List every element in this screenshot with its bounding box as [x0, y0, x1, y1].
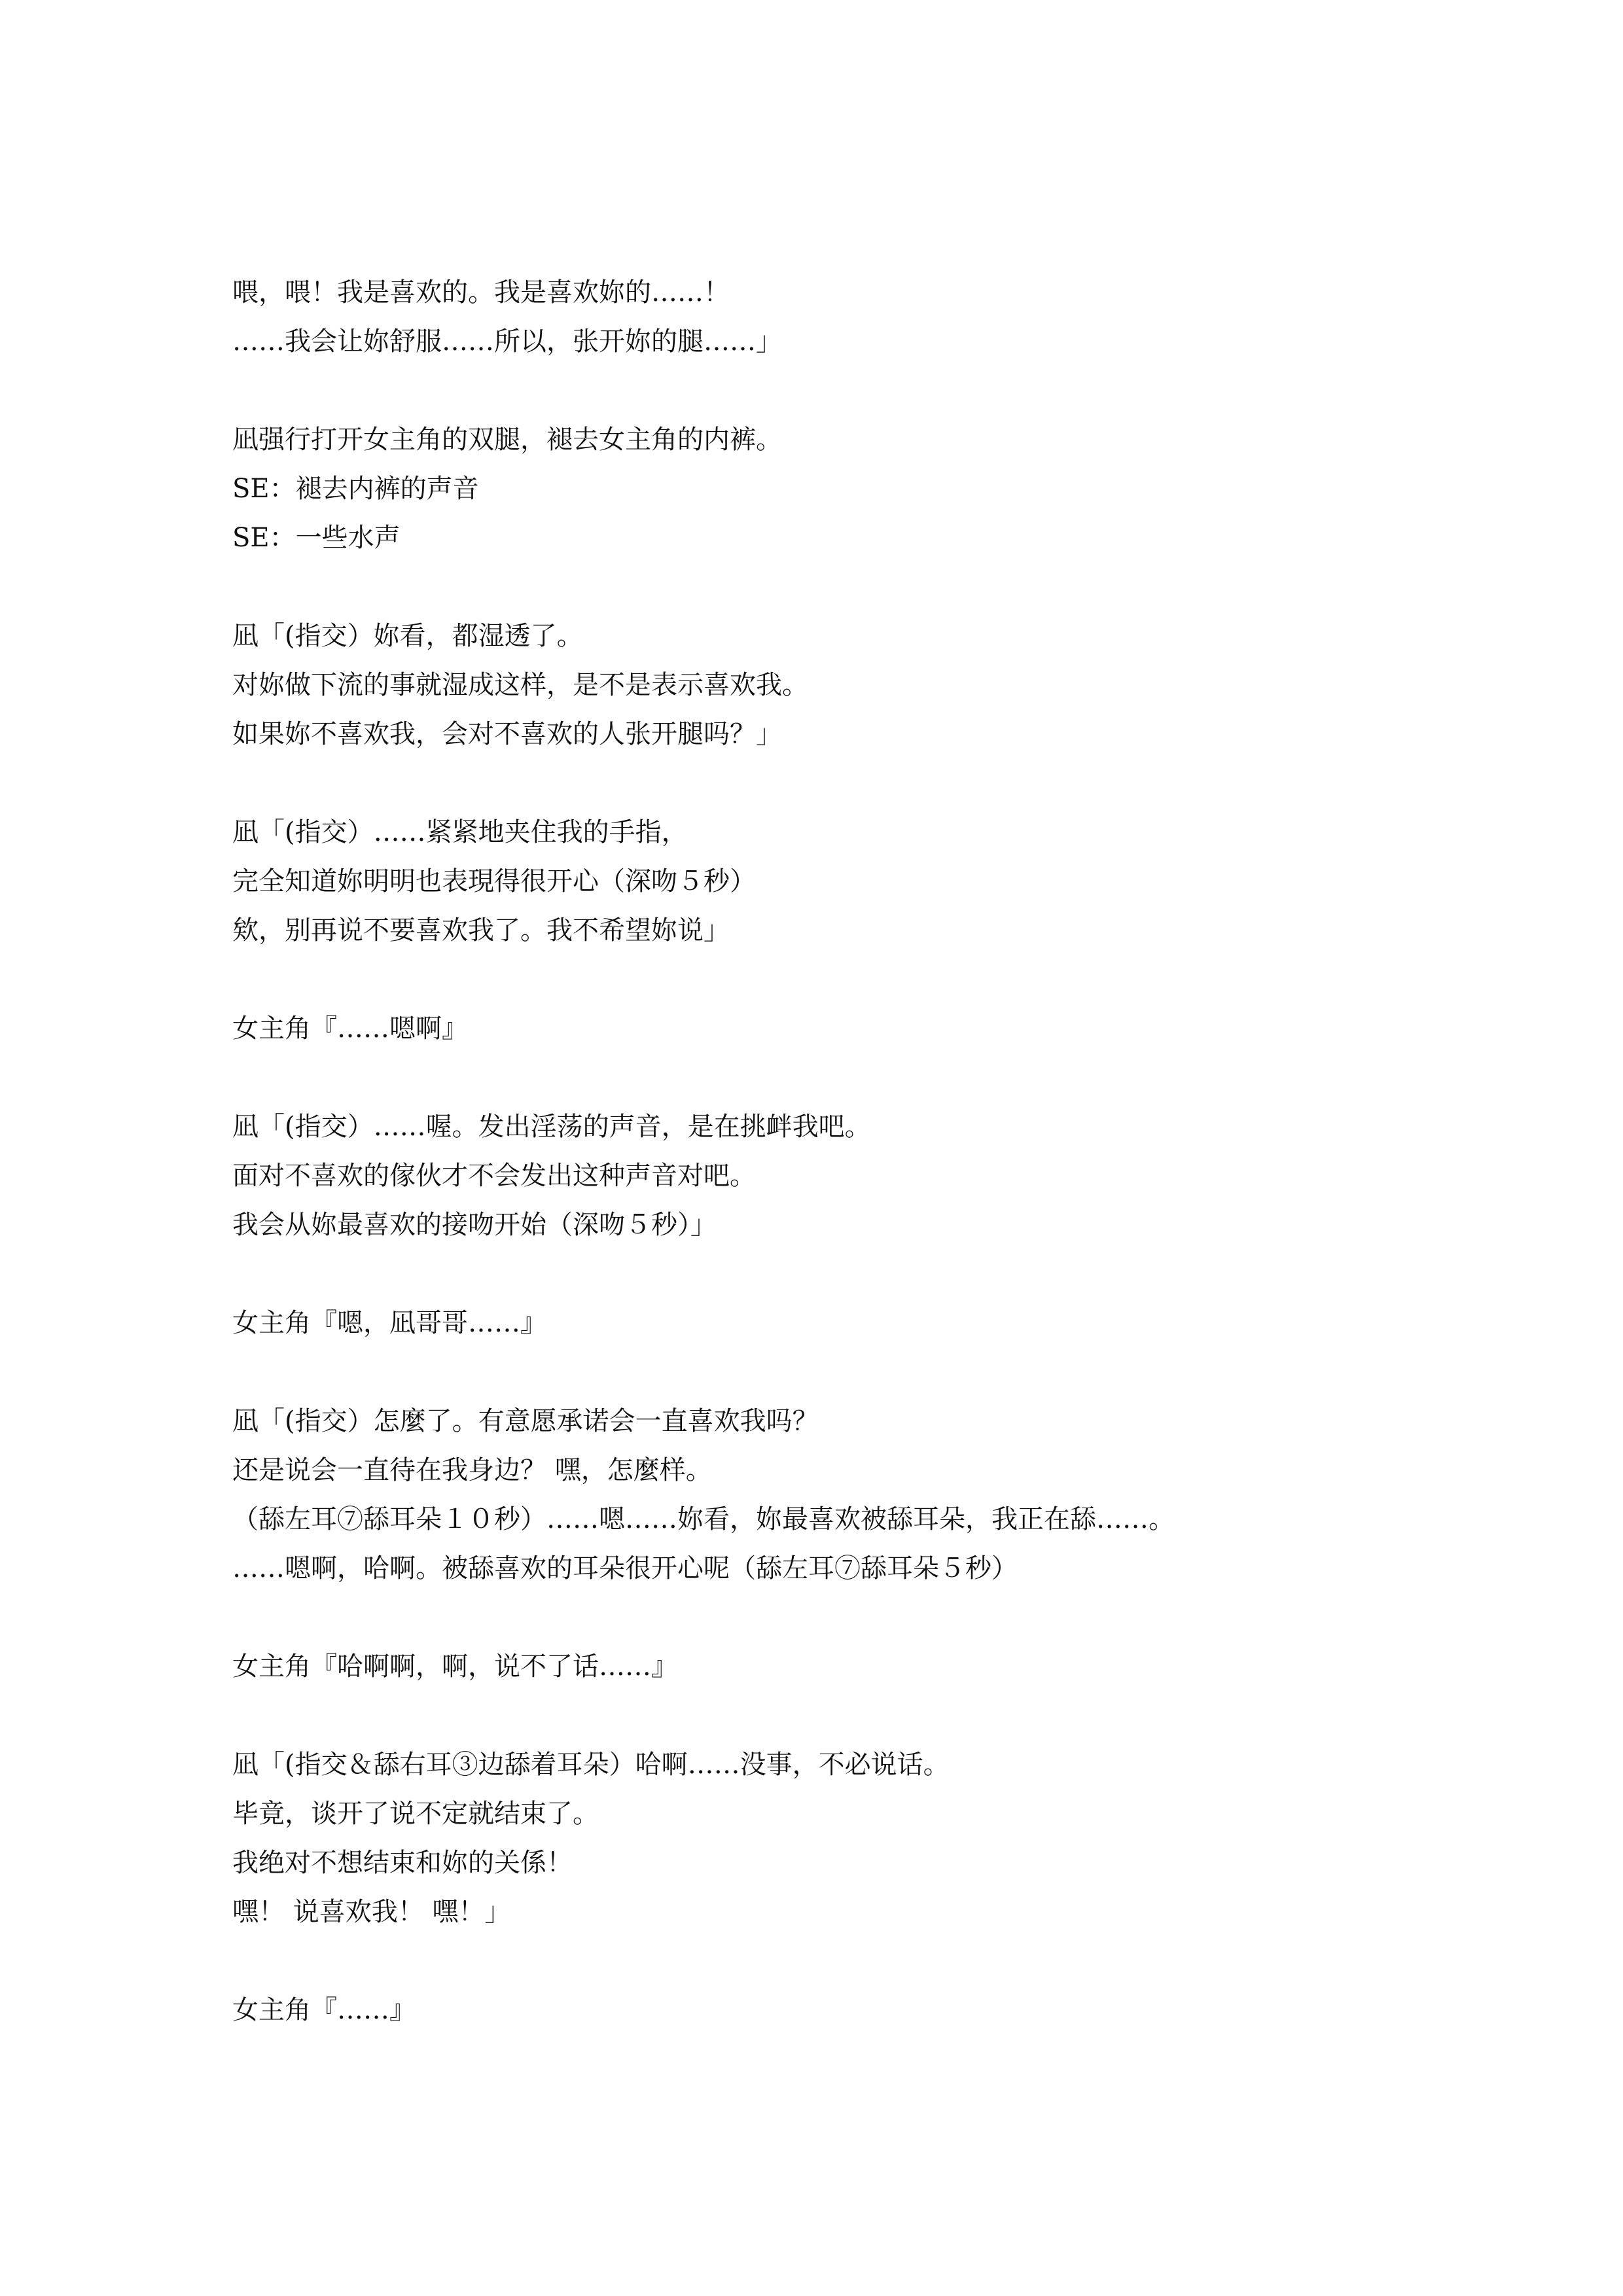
paragraph: 凪「(指交）怎麼了。有意愿承诺会一直喜欢我吗？ 还是说会一直待在我身边？ 嘿，怎… [232, 1397, 1476, 1593]
text-line: 我绝对不想结束和妳的关係！ [232, 1839, 1476, 1888]
blank-line [232, 1937, 1476, 1986]
sound-effect-line: SE：一些水声 [232, 514, 1476, 563]
paragraph: 喂，喂！我是喜欢的。我是喜欢妳的……！ ……我会让妳舒服……所以，张开妳的腿……… [232, 268, 1476, 366]
text-line: 我会从妳最喜欢的接吻开始（深吻５秒）」 [232, 1201, 1476, 1250]
paragraph: 女主角『……』 [232, 1986, 1476, 2035]
text-line: 还是说会一直待在我身边？ 嘿，怎麼样。 [232, 1446, 1476, 1495]
blank-line [232, 366, 1476, 415]
text-line: 嘿！ 说喜欢我！ 嘿！」 [232, 1888, 1476, 1937]
paragraph: 凪强行打开女主角的双腿，褪去女主角的内裤。 SE：褪去内裤的声音 SE：一些水声 [232, 415, 1476, 563]
text-line: 凪强行打开女主角的双腿，褪去女主角的内裤。 [232, 415, 1476, 465]
paragraph: 凪「(指交）……紧紧地夹住我的手指， 完全知道妳明明也表現得很开心（深吻５秒） … [232, 808, 1476, 955]
blank-line [232, 955, 1476, 1004]
paragraph: 女主角『哈啊啊，啊，说不了话……』 [232, 1642, 1476, 1691]
text-line: 凪「(指交）……喔。发出淫荡的声音，是在挑衅我吧。 [232, 1103, 1476, 1152]
blank-line [232, 1691, 1476, 1740]
text-line: 凪「(指交）怎麼了。有意愿承诺会一直喜欢我吗？ [232, 1397, 1476, 1446]
blank-line [232, 759, 1476, 808]
text-line: 女主角『哈啊啊，啊，说不了话……』 [232, 1642, 1476, 1691]
text-line: 对妳做下流的事就湿成这样，是不是表示喜欢我。 [232, 661, 1476, 710]
paragraph: 凪「(指交）妳看，都湿透了。 对妳做下流的事就湿成这样，是不是表示喜欢我。 如果… [232, 612, 1476, 759]
text-line: 凪「(指交）妳看，都湿透了。 [232, 612, 1476, 661]
blank-line [232, 1053, 1476, 1103]
text-line: ……嗯啊，哈啊。被舔喜欢的耳朵很开心呢（舔左耳⑦舔耳朵５秒） [232, 1544, 1476, 1593]
text-line: 欸，别再说不要喜欢我了。我不希望妳说」 [232, 906, 1476, 955]
text-line: （舔左耳⑦舔耳朵１０秒）……嗯……妳看，妳最喜欢被舔耳朵，我正在舔……。 [232, 1495, 1476, 1544]
paragraph: 凪「(指交）……喔。发出淫荡的声音，是在挑衅我吧。 面对不喜欢的傢伙才不会发出这… [232, 1103, 1476, 1250]
blank-line [232, 563, 1476, 612]
text-line: 女主角『……』 [232, 1986, 1476, 2035]
text-line: ……我会让妳舒服……所以，张开妳的腿……」 [232, 317, 1476, 366]
text-line: 凪「(指交）……紧紧地夹住我的手指， [232, 808, 1476, 857]
blank-line [232, 1250, 1476, 1299]
text-line: 女主角『嗯，凪哥哥……』 [232, 1299, 1476, 1348]
text-line: 凪「(指交＆舔右耳③边舔着耳朵）哈啊……没事，不必说话。 [232, 1740, 1476, 1790]
blank-line [232, 1593, 1476, 1642]
text-line: 喂，喂！我是喜欢的。我是喜欢妳的……！ [232, 268, 1476, 317]
sound-effect-line: SE：褪去内裤的声音 [232, 465, 1476, 514]
blank-line [232, 1348, 1476, 1397]
text-line: 如果妳不喜欢我，会对不喜欢的人张开腿吗？」 [232, 710, 1476, 759]
text-line: 面对不喜欢的傢伙才不会发出这种声音对吧。 [232, 1152, 1476, 1201]
text-line: 女主角『……嗯啊』 [232, 1004, 1476, 1053]
text-line: 完全知道妳明明也表現得很开心（深吻５秒） [232, 857, 1476, 906]
text-line: 毕竟，谈开了说不定就结束了。 [232, 1790, 1476, 1839]
paragraph: 凪「(指交＆舔右耳③边舔着耳朵）哈啊……没事，不必说话。 毕竟，谈开了说不定就结… [232, 1740, 1476, 1937]
paragraph: 女主角『嗯，凪哥哥……』 [232, 1299, 1476, 1348]
paragraph: 女主角『……嗯啊』 [232, 1004, 1476, 1053]
document-page: 喂，喂！我是喜欢的。我是喜欢妳的……！ ……我会让妳舒服……所以，张开妳的腿……… [232, 268, 1476, 2035]
